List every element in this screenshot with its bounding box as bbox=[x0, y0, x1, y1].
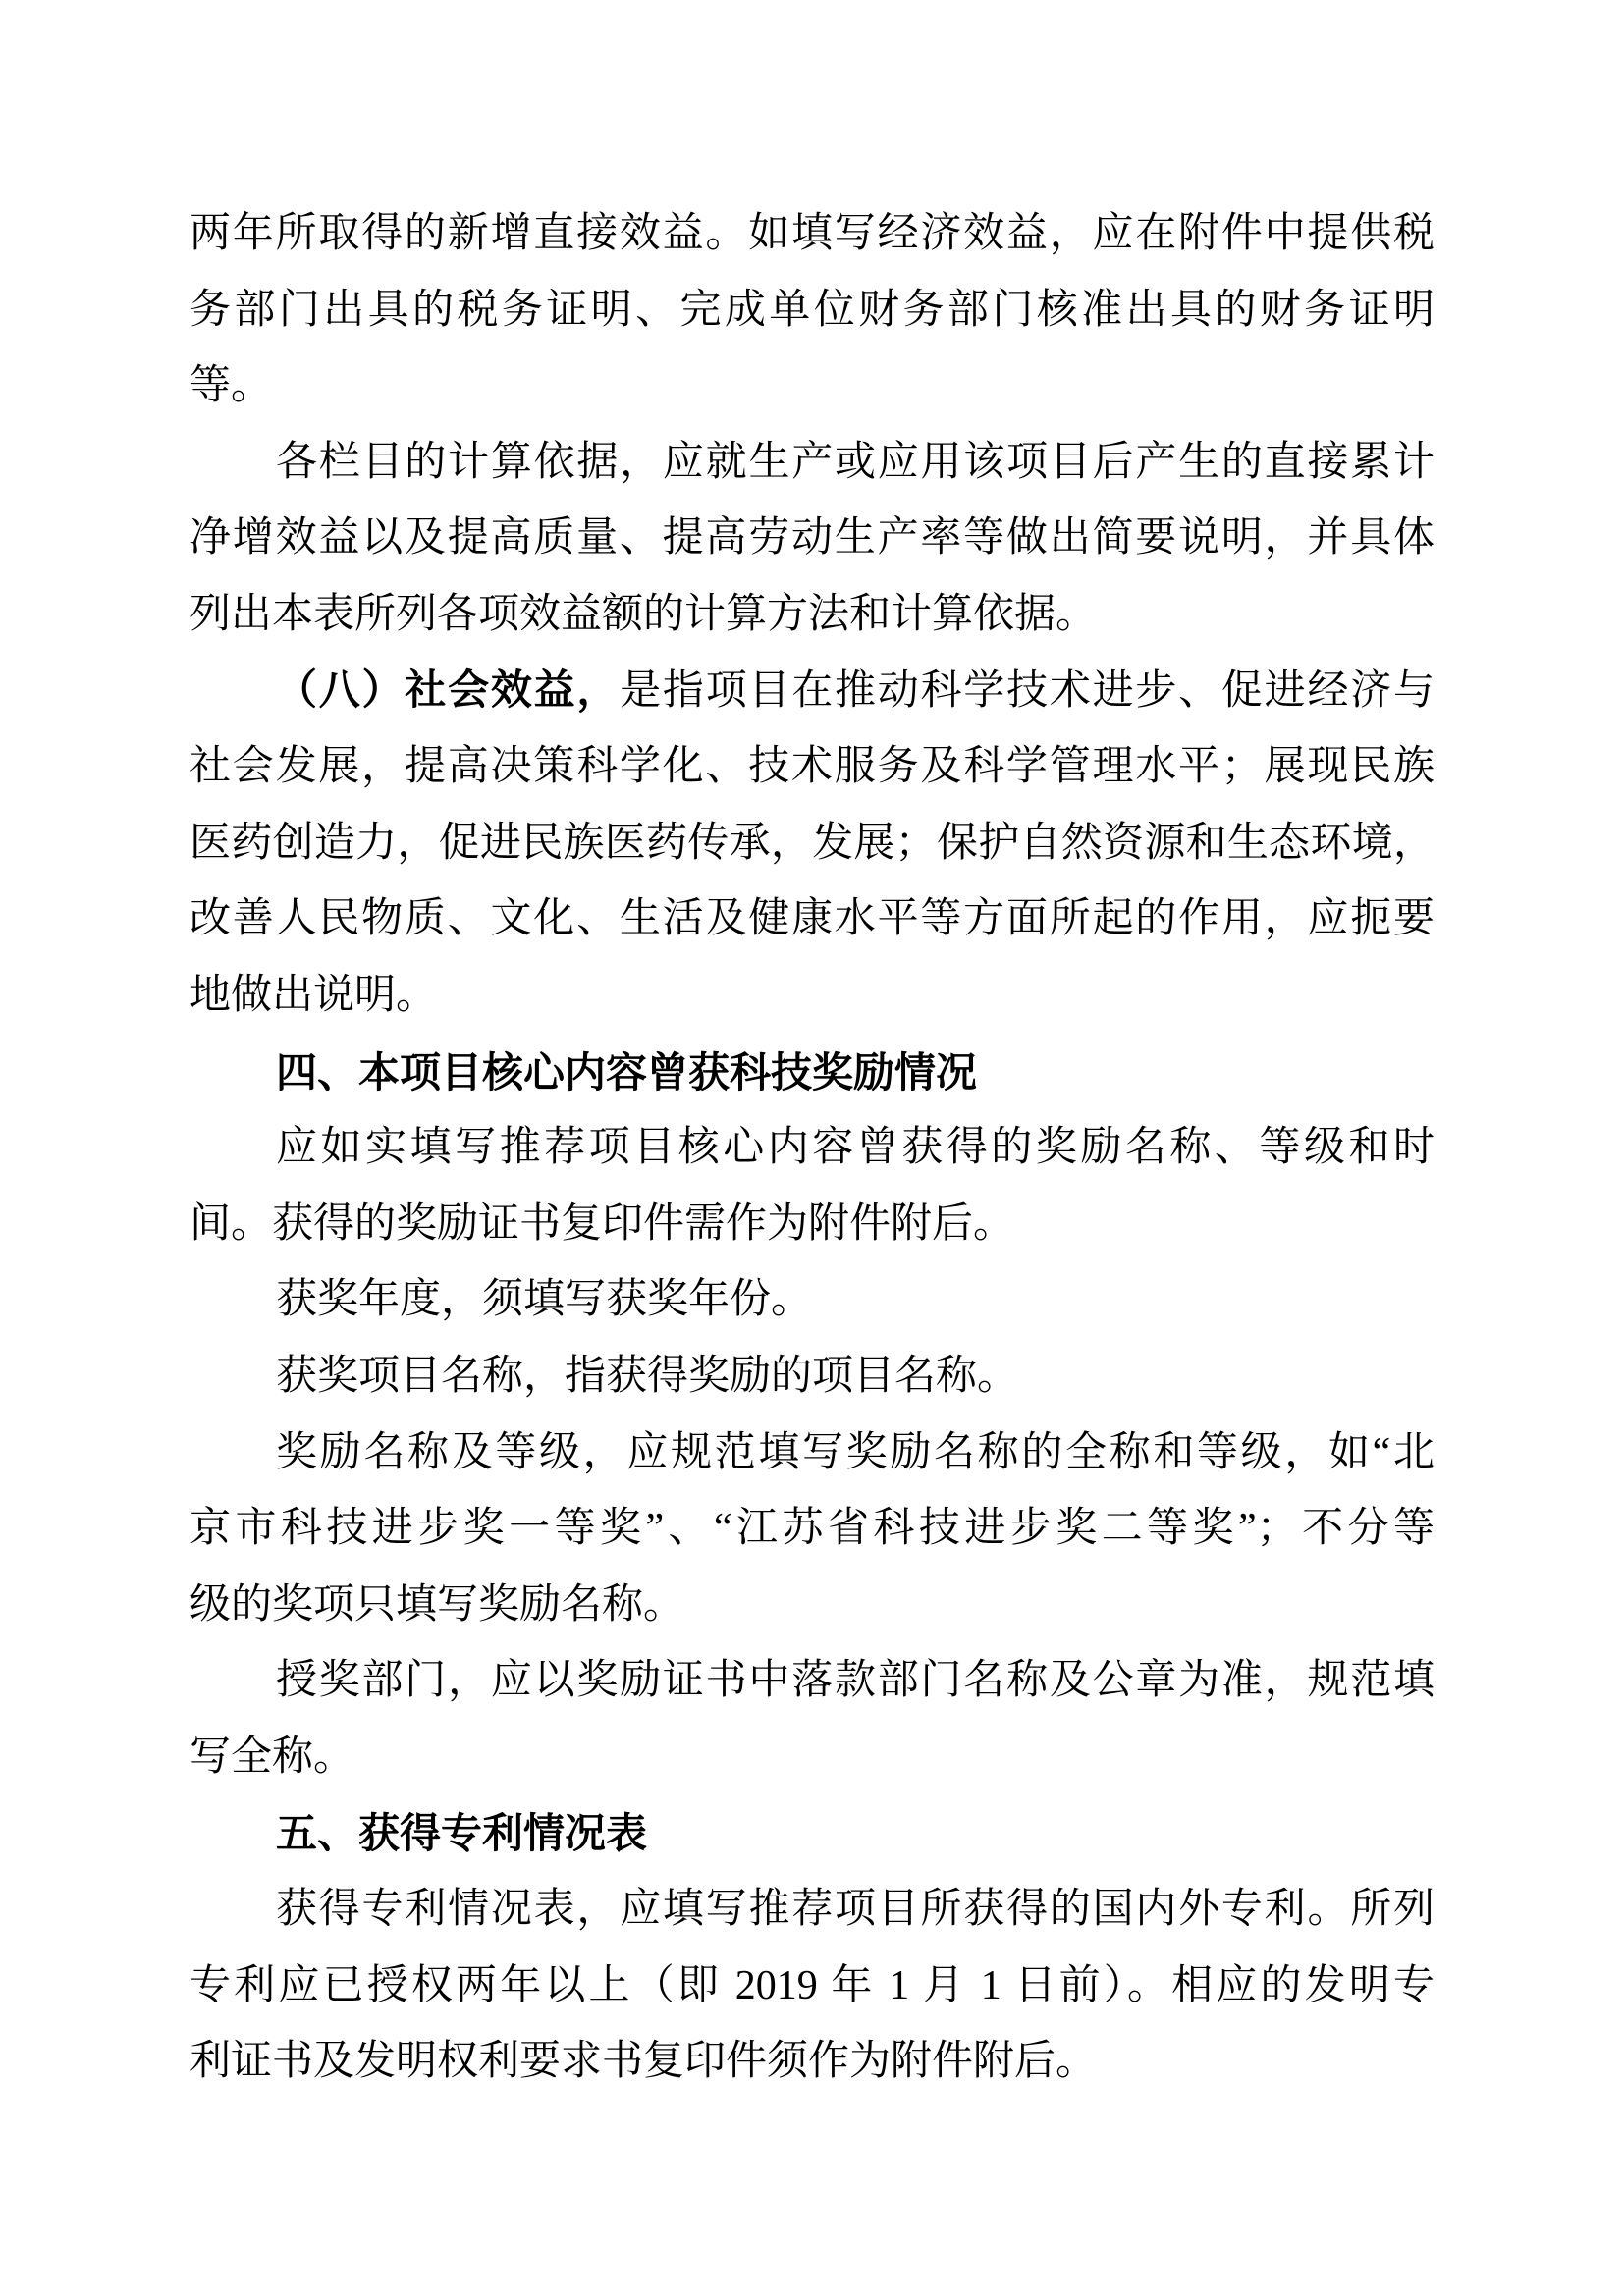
paragraph-line: 应如实填写推荐项目核心内容曾获得的奖励名称、等级和时 bbox=[189, 1110, 1435, 1187]
section-heading: 四、本项目核心内容曾获科技奖励情况 bbox=[189, 1035, 1435, 1111]
paragraph-line: 利证书及发明权利要求书复印件须作为附件附后。 bbox=[189, 2024, 1435, 2101]
regular-run: 是指项目在推动科学技术进步、促进经济与 bbox=[620, 668, 1435, 714]
paragraph-line: 列出本表所列各项效益额的计算方法和计算依据。 bbox=[189, 577, 1435, 654]
paragraph-line: 间。获得的奖励证书复印件需作为附件附后。 bbox=[189, 1187, 1435, 1263]
paragraph-line: 各栏目的计算依据，应就生产或应用该项目后产生的直接累计 bbox=[189, 425, 1435, 502]
section-heading: 五、获得专利情况表 bbox=[189, 1795, 1435, 1872]
paragraph-line: 获奖年度，须填写获奖年份。 bbox=[189, 1262, 1435, 1339]
paragraph-line: 获得专利情况表，应填写推荐项目所获得的国内外专利。所列 bbox=[189, 1872, 1435, 1949]
paragraph-line: 两年所取得的新增直接效益。如填写经济效益，应在附件中提供税 bbox=[189, 196, 1435, 273]
paragraph-line: 获奖项目名称，指获得奖励的项目名称。 bbox=[189, 1339, 1435, 1415]
paragraph-line: 务部门出具的税务证明、完成单位财务部门核准出具的财务证明 bbox=[189, 273, 1435, 349]
bold-run: （八）社会效益， bbox=[276, 668, 620, 714]
paragraph-line: 专利应已授权两年以上（即 2019 年 1 月 1 日前）。相应的发明专 bbox=[189, 1949, 1435, 2025]
paragraph-line: 奖励名称及等级，应规范填写奖励名称的全称和等级，如“北 bbox=[189, 1415, 1435, 1492]
paragraph-line: 授奖部门，应以奖励证书中落款部门名称及公章为准，规范填 bbox=[189, 1643, 1435, 1720]
paragraph-line: 净增效益以及提高质量、提高劳动生产率等做出简要说明，并具体 bbox=[189, 501, 1435, 577]
paragraph-line: 写全称。 bbox=[189, 1720, 1435, 1796]
document-page: 两年所取得的新增直接效益。如填写经济效益，应在附件中提供税 务部门出具的税务证明… bbox=[0, 0, 1624, 2296]
paragraph-line: （八）社会效益，是指项目在推动科学技术进步、促进经济与 bbox=[189, 654, 1435, 730]
paragraph-line: 京市科技进步奖一等奖”、“江苏省科技进步奖二等奖”；不分等 bbox=[189, 1491, 1435, 1568]
paragraph-line: 级的奖项只填写奖励名称。 bbox=[189, 1568, 1435, 1644]
text-block: 两年所取得的新增直接效益。如填写经济效益，应在附件中提供税 务部门出具的税务证明… bbox=[189, 196, 1435, 2101]
paragraph-line: 等。 bbox=[189, 348, 1435, 425]
paragraph-line: 地做出说明。 bbox=[189, 958, 1435, 1035]
paragraph-line: 改善人民物质、文化、生活及健康水平等方面所起的作用，应扼要 bbox=[189, 881, 1435, 958]
paragraph-line: 社会发展，提高决策科学化、技术服务及科学管理水平；展现民族 bbox=[189, 729, 1435, 806]
paragraph-line: 医药创造力，促进民族医药传承，发展；保护自然资源和生态环境， bbox=[189, 806, 1435, 882]
